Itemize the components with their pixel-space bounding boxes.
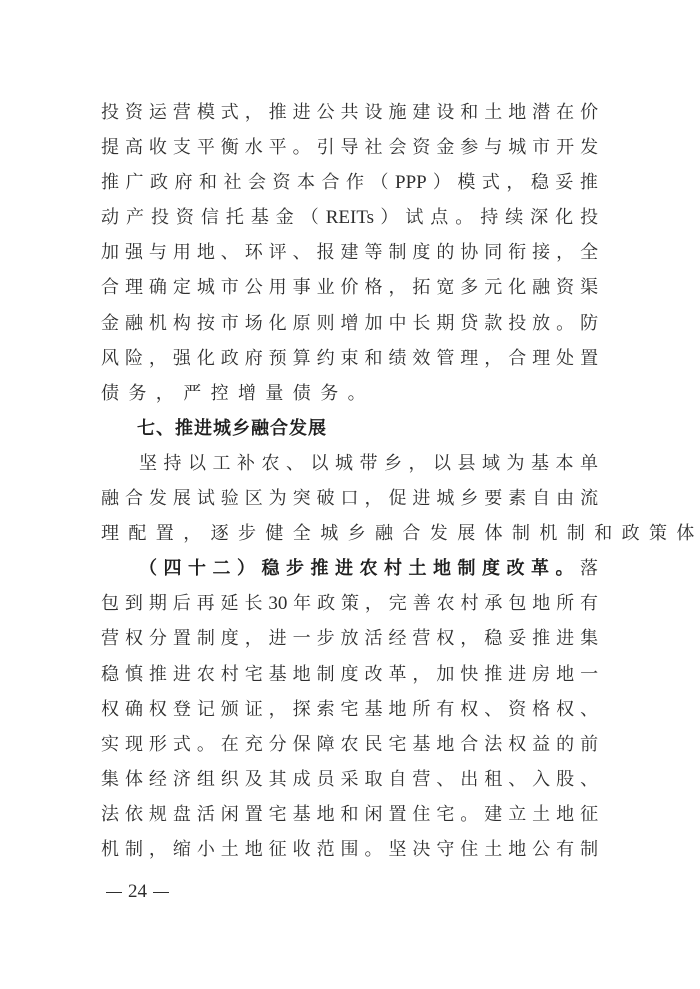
dash-right	[153, 892, 169, 893]
paragraph-line: 风 险 ， 强 化 政 府 预 算 约 束 和 绩 效 管 理 ， 合 理 处 …	[101, 341, 598, 376]
paragraph-line: 动 产 投 资 信 托 基 金 （ REITs ） 试 点 。 持 续 深 化 …	[101, 200, 598, 235]
page-number: 24	[100, 879, 175, 905]
paragraph-line: 机 制 ， 缩 小 土 地 征 收 范 围 。 坚 决 守 住 土 地 公 有 …	[101, 832, 598, 867]
paragraph-line: 包 到 期 后 再 延 长 30 年 政 策 ， 完 善 农 村 承 包 地 所…	[101, 586, 598, 621]
paragraph-line: 加 强 与 用 地 、 环 评 、 报 建 等 制 度 的 协 同 衔 接 ， …	[101, 235, 598, 270]
paragraph-line: 融 合 发 展 试 验 区 为 突 破 口 ， 促 进 城 乡 要 素 自 由 …	[101, 481, 598, 516]
paragraph-line: 理配置，逐步健全城乡融合发展体制机制和政策体系。	[101, 516, 598, 551]
paragraph-line: 稳 慎 推 进 农 村 宅 基 地 制 度 改 革 ， 加 快 推 进 房 地 …	[101, 657, 598, 692]
paragraph-line: 合 理 确 定 城 市 公 用 事 业 价 格 ， 拓 宽 多 元 化 融 资 …	[101, 270, 598, 305]
paragraph-line: 推 广 政 府 和 社 会 资 本 合 作 （ PPP ） 模 式 ， 稳 妥 …	[101, 165, 598, 200]
body-text: 投 资 运 营 模 式 ， 推 进 公 共 设 施 建 设 和 土 地 潜 在 …	[101, 95, 598, 867]
paragraph-line: 集 体 经 济 组 织 及 其 成 员 采 取 自 营 、 出 租 、 入 股 …	[101, 762, 598, 797]
item-42-first-line: （ 四 十 二 ） 稳 步 推 进 农 村 土 地 制 度 改 革 。 落 实 …	[101, 551, 598, 586]
paragraph-line: 债务，严控增量债务。	[101, 376, 598, 411]
paragraph-line: 法 依 规 盘 活 闲 置 宅 基 地 和 闲 置 住 宅 。 建 立 土 地 …	[101, 797, 598, 832]
dash-left	[106, 892, 122, 893]
document-page: 投 资 运 营 模 式 ， 推 进 公 共 设 施 建 设 和 土 地 潜 在 …	[0, 0, 700, 989]
paragraph-line: 权 确 权 登 记 颁 证 ， 探 索 宅 基 地 所 有 权 、 资 格 权 …	[101, 692, 598, 727]
paragraph-line: 实 现 形 式 。 在 充 分 保 障 农 民 宅 基 地 合 法 权 益 的 …	[101, 727, 598, 762]
paragraph-line: 营 权 分 置 制 度 ， 进 一 步 放 活 经 营 权 ， 稳 妥 推 进 …	[101, 621, 598, 656]
section-heading: 七、推进城乡融合发展	[101, 411, 598, 446]
paragraph-line: 投 资 运 营 模 式 ， 推 进 公 共 设 施 建 设 和 土 地 潜 在 …	[101, 95, 598, 130]
paragraph-line: 提 高 收 支 平 衡 水 平 。 引 导 社 会 资 金 参 与 城 市 开 …	[101, 130, 598, 165]
item-42-heading: （ 四 十 二 ） 稳 步 推 进 农 村 土 地 制 度 改 革 。	[139, 558, 580, 579]
paragraph-line: 金 融 机 构 按 市 场 化 原 则 增 加 中 长 期 贷 款 投 放 。 …	[101, 306, 598, 341]
page-number-value: 24	[128, 881, 147, 902]
paragraph-line: 坚 持 以 工 补 农 、 以 城 带 乡 ， 以 县 域 为 基 本 单 元 …	[101, 446, 598, 481]
